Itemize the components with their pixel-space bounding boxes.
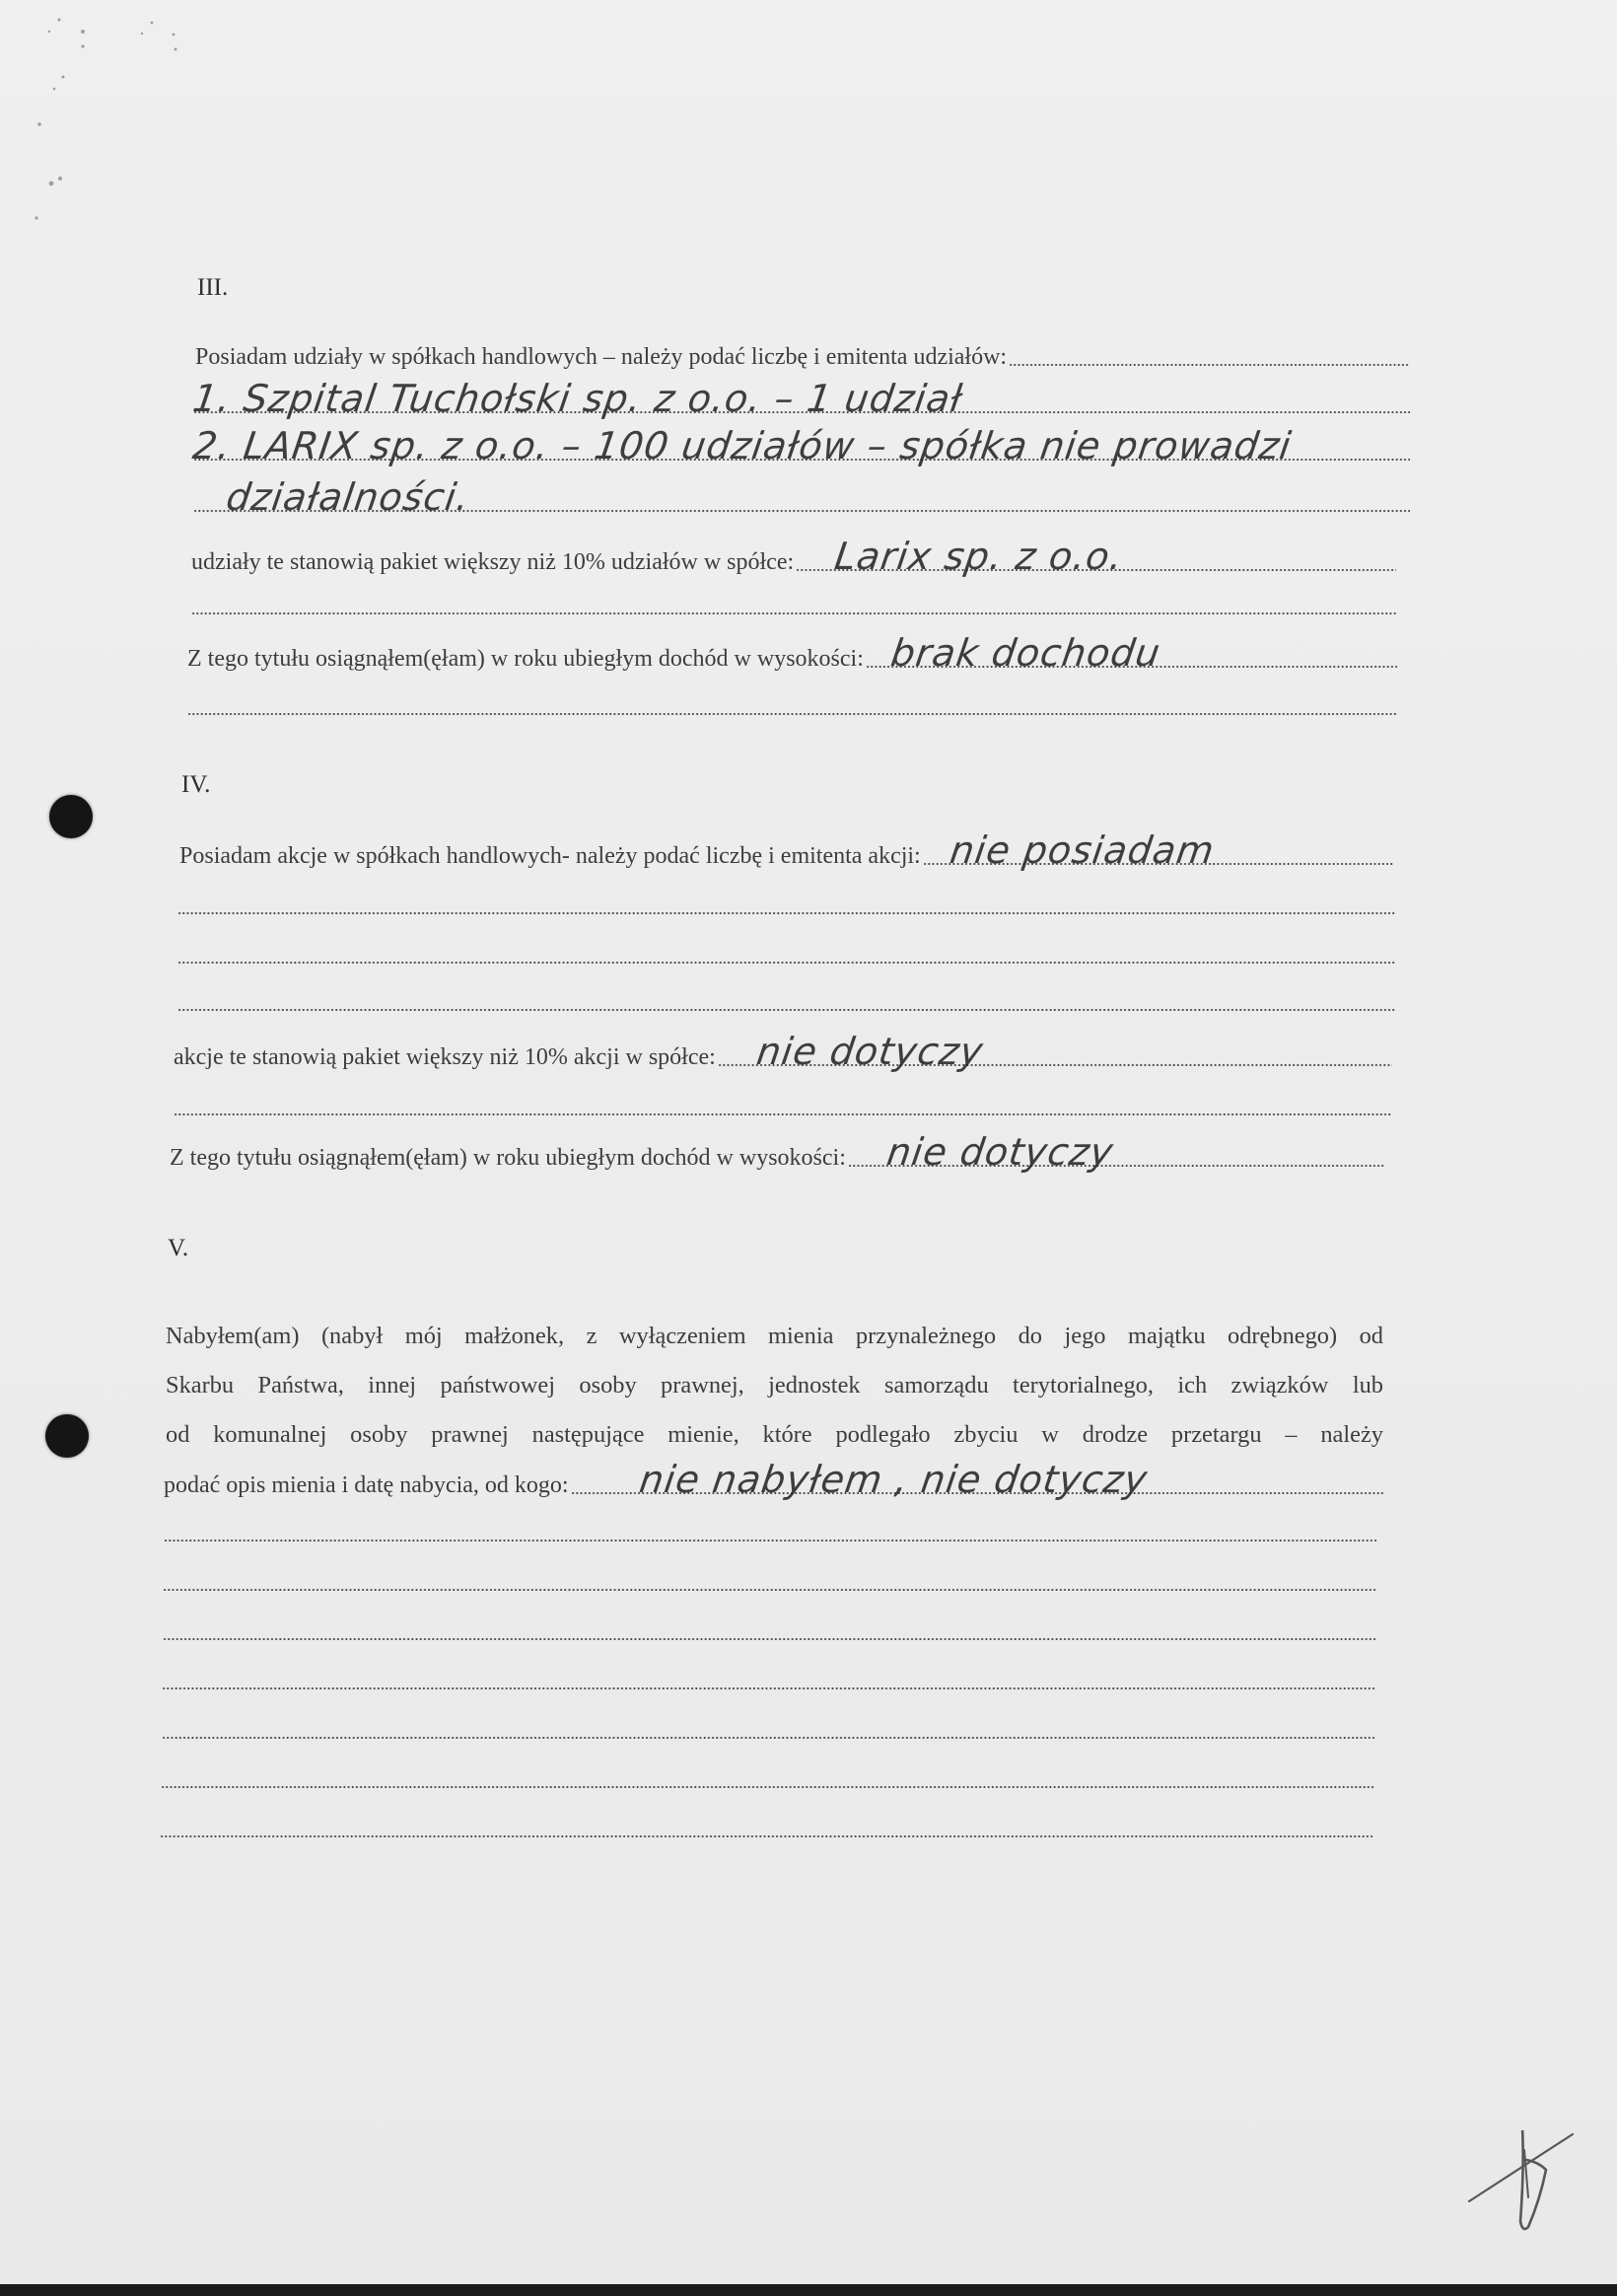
scanned-page: III. Posiadam udziały w spółkach handlow… bbox=[0, 0, 1617, 2284]
shares-over10-label: udziały te stanowią pakiet większy niż 1… bbox=[191, 550, 796, 574]
section-numeral-v: V. bbox=[168, 1235, 188, 1262]
field-stocks-answer-1 bbox=[177, 884, 1396, 917]
acquired-blank-line bbox=[162, 1659, 1376, 1692]
acquired-blank-line bbox=[163, 1610, 1377, 1643]
paragraph-line-2: Skarbu Państwa, innej państwowej osoby p… bbox=[166, 1361, 1383, 1410]
acquired-answer-line-0[interactable]: nie nabyłem , nie dotyczy bbox=[571, 1464, 1384, 1497]
paragraph-line-3: od komunalnej osoby prawnej następujące … bbox=[166, 1410, 1383, 1460]
scan-artifact-specks bbox=[0, 0, 246, 256]
stocks-answer-line-2[interactable] bbox=[177, 933, 1396, 967]
field-stocks-answer-3 bbox=[177, 980, 1396, 1014]
shares-over10-line-2[interactable] bbox=[191, 584, 1396, 617]
punch-hole-upper bbox=[49, 795, 93, 838]
stocks-answer-line-1[interactable] bbox=[177, 884, 1396, 917]
section-numeral-iv: IV. bbox=[181, 771, 210, 799]
field-stocks-over10-extra bbox=[174, 1085, 1392, 1118]
acquired-answer-line[interactable] bbox=[164, 1511, 1378, 1544]
field-shares-question: Posiadam udziały w spółkach handlowych –… bbox=[195, 335, 1410, 369]
punch-hole-lower bbox=[45, 1414, 89, 1458]
shares-income-line[interactable]: brak dochodu bbox=[866, 637, 1398, 671]
acquired-answer-line[interactable] bbox=[163, 1560, 1377, 1594]
paragraph-line-1: Nabyłem(am) (nabył mój małżonek, z wyłąc… bbox=[166, 1312, 1383, 1361]
shares-answer-line-0[interactable] bbox=[1009, 335, 1410, 369]
handwritten-acquired: nie nabyłem , nie dotyczy bbox=[636, 1458, 1150, 1501]
stocks-over10-line-2[interactable] bbox=[174, 1085, 1392, 1118]
handwritten-stocks-over10: nie dotyczy bbox=[754, 1030, 986, 1073]
field-stocks-income: Z tego tytułu osiągnąłem(ęłam) w roku ub… bbox=[170, 1136, 1384, 1170]
acquired-answer-line[interactable] bbox=[162, 1659, 1376, 1692]
field-stocks-over10: akcje te stanowią pakiet większy niż 10%… bbox=[174, 1036, 1392, 1069]
handwritten-shares-3: działalności. bbox=[224, 475, 473, 519]
shares-answer-line-3[interactable]: działalności. bbox=[193, 481, 1410, 515]
shares-income-label: Z tego tytułu osiągnąłem(ęłam) w roku ub… bbox=[187, 647, 866, 671]
handwritten-shares-income: brak dochodu bbox=[888, 631, 1163, 675]
acquired-answer-line[interactable] bbox=[160, 1807, 1374, 1840]
stocks-over10-label: akcje te stanowią pakiet większy niż 10%… bbox=[174, 1045, 718, 1069]
shares-income-line-2[interactable] bbox=[187, 684, 1398, 718]
acquisition-paragraph: Nabyłem(am) (nabył mój małżonek, z wyłąc… bbox=[166, 1312, 1383, 1460]
shares-answer-line-2[interactable]: 2. LARIX sp. z o.o. – 100 udziałów – spó… bbox=[193, 430, 1410, 464]
handwritten-shares-over10: Larix sp. z o.o. bbox=[832, 535, 1126, 578]
field-shares-answer-3: działalności. bbox=[193, 481, 1410, 515]
section-numeral-iii: III. bbox=[197, 274, 228, 302]
field-shares-over10: udziały te stanowią pakiet większy niż 1… bbox=[191, 540, 1396, 574]
field-shares-answer-2: 2. LARIX sp. z o.o. – 100 udziałów – spó… bbox=[193, 430, 1410, 464]
stocks-answer-line-3[interactable] bbox=[177, 980, 1396, 1014]
acquired-answer-line[interactable] bbox=[163, 1610, 1377, 1643]
shares-question-label: Posiadam udziały w spółkach handlowych –… bbox=[195, 345, 1009, 369]
stocks-income-label: Z tego tytułu osiągnąłem(ęłam) w roku ub… bbox=[170, 1146, 848, 1170]
acquired-answer-line[interactable] bbox=[161, 1758, 1375, 1791]
stocks-question-label: Posiadam akcje w spółkach handlowych- na… bbox=[179, 844, 923, 868]
acquired-question-label: podać opis mienia i datę nabycia, od kog… bbox=[164, 1473, 571, 1497]
acquired-answer-line[interactable] bbox=[162, 1708, 1376, 1742]
shares-answer-line-1[interactable]: 1. Szpital Tuchołski sp. z o.o. – 1 udzi… bbox=[193, 383, 1410, 416]
signature-initials bbox=[1440, 2130, 1578, 2268]
acquired-blank-line bbox=[162, 1708, 1376, 1742]
field-stocks-answer-2 bbox=[177, 933, 1396, 967]
handwritten-stocks: nie posiadam bbox=[948, 828, 1218, 872]
handwritten-stocks-income: nie dotyczy bbox=[884, 1130, 1116, 1174]
stocks-over10-line[interactable]: nie dotyczy bbox=[718, 1036, 1392, 1069]
shares-over10-line[interactable]: Larix sp. z o.o. bbox=[796, 540, 1396, 574]
handwritten-shares-2: 2. LARIX sp. z o.o. – 100 udziałów – spó… bbox=[190, 424, 1295, 467]
acquired-blank-line bbox=[161, 1758, 1375, 1791]
stocks-income-line[interactable]: nie dotyczy bbox=[848, 1136, 1384, 1170]
scan-bottom-edge bbox=[0, 2284, 1617, 2296]
field-shares-income-extra bbox=[187, 684, 1398, 718]
field-shares-income: Z tego tytułu osiągnąłem(ęłam) w roku ub… bbox=[187, 637, 1398, 671]
field-acquired: podać opis mienia i datę nabycia, od kog… bbox=[164, 1464, 1384, 1497]
acquired-blank-line bbox=[164, 1511, 1378, 1544]
field-shares-answer-1: 1. Szpital Tuchołski sp. z o.o. – 1 udzi… bbox=[193, 383, 1410, 416]
acquired-blank-line bbox=[160, 1807, 1374, 1840]
field-shares-over10-extra bbox=[191, 584, 1396, 617]
field-stocks-question: Posiadam akcje w spółkach handlowych- na… bbox=[179, 834, 1394, 868]
stocks-answer-line-0[interactable]: nie posiadam bbox=[923, 834, 1394, 868]
handwritten-shares-1: 1. Szpital Tuchołski sp. z o.o. – 1 udzi… bbox=[190, 377, 965, 420]
acquired-blank-line bbox=[163, 1560, 1377, 1594]
